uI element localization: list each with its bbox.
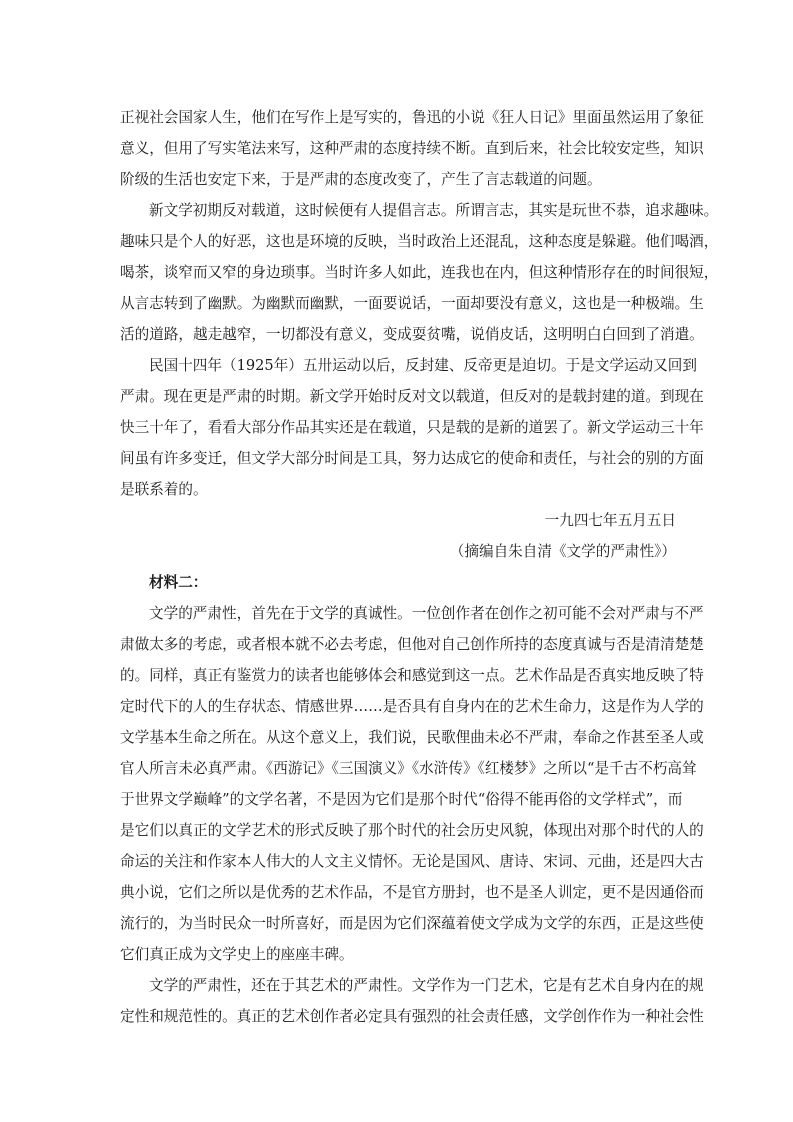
text-line: 间虽有许多变迁，但文学大部分时间是工具，努力达成它的使命和责任，与社会的别的方面 bbox=[120, 443, 676, 474]
text-line: 命运的关注和作家本人伟大的人文主义情怀。无论是国风、唐诗、宋词、元曲，还是四大古 bbox=[120, 846, 676, 877]
source-citation: （摘编自朱自清《文学的严肃性》） bbox=[120, 536, 676, 567]
paragraph: 民国十四年（1925年）五卅运动以后，反封建、反帝更是迫切。于是文学运动又回到 … bbox=[120, 350, 676, 505]
text-line: 是它们以真正的文学艺术的形式反映了那个时代的社会历史风貌，体现出对那个时代的人的 bbox=[120, 815, 676, 846]
text-line: 官人所言未必真严肃。《西游记》《三国演义》《水浒传》《红楼梦》之所以“是千古不朽… bbox=[120, 753, 676, 784]
text-line: 流行的，为当时民众一时所喜好，而是因为它们深蕴着使文学成为文学的东西，正是这些使 bbox=[120, 908, 676, 939]
text-line: 肃做太多的考虑，或者根本就不必去考虑，但他对自己创作所持的态度真诚与否是清清楚楚 bbox=[120, 629, 676, 660]
paragraph: 文学的严肃性，首先在于文学的真诚性。一位创作者在创作之初可能不会对严肃与不严 肃… bbox=[120, 598, 676, 970]
paragraph: 正视社会国家人生，他们在写作上是写实的，鲁迅的小说《狂人日记》里面虽然运用了象征… bbox=[120, 102, 676, 195]
text-line: 是联系着的。 bbox=[120, 474, 676, 505]
text-line: 定时代下的人的生存状态、情感世界……是否具有自身内在的艺术生命力，这是作为人学的 bbox=[120, 691, 676, 722]
text-line: 严肃。现在更是严肃的时期。新文学开始时反对文以载道，但反对的是载封建的道。到现在 bbox=[120, 381, 676, 412]
text-line: 意义，但用了写实笔法来写，这种严肃的态度持续不断。直到后来，社会比较安定些，知识 bbox=[120, 133, 676, 164]
text-line: 文学基本生命之所在。从这个意义上，我们说，民歌俚曲未必不严肃，奉命之作甚至圣人或 bbox=[120, 722, 676, 753]
text-line: 文学的严肃性，还在于其艺术的严肃性。文学作为一门艺术，它是有艺术自身内在的规 bbox=[120, 970, 676, 1001]
text-line: 正视社会国家人生，他们在写作上是写实的，鲁迅的小说《狂人日记》里面虽然运用了象征 bbox=[120, 102, 676, 133]
text-line: 从言志转到了幽默。为幽默而幽默，一面要说话，一面却要没有意义，这也是一种极端。生 bbox=[120, 288, 676, 319]
document-page: 正视社会国家人生，他们在写作上是写实的，鲁迅的小说《狂人日记》里面虽然运用了象征… bbox=[120, 102, 676, 1032]
text-line: 趣味只是个人的好恶，这也是环境的反映，当时政治上还混乱，这种态度是躲避。他们喝酒… bbox=[120, 226, 676, 257]
text-line: 新文学初期反对载道，这时候便有人提倡言志。所谓言志，其实是玩世不恭，追求趣味。 bbox=[120, 195, 676, 226]
text-line: 阶级的生活也安定下来，于是严肃的态度改变了，产生了言志载道的问题。 bbox=[120, 164, 676, 195]
section-heading: 材料二： bbox=[120, 567, 676, 598]
text-line: 文学的严肃性，首先在于文学的真诚性。一位创作者在创作之初可能不会对严肃与不严 bbox=[120, 598, 676, 629]
text-line: 的。同样，真正有鉴赏力的读者也能够体会和感觉到这一点。艺术作品是否真实地反映了特 bbox=[120, 660, 676, 691]
text-line: 它们真正成为文学史上的座座丰碑。 bbox=[120, 939, 676, 970]
text-line: 典小说，它们之所以是优秀的艺术作品，不是官方册封，也不是圣人训定，更不是因通俗而 bbox=[120, 877, 676, 908]
text-line: 活的道路，越走越窄，一切都没有意义，变成耍贫嘴，说俏皮话，这明明白白回到了消遣。 bbox=[120, 319, 676, 350]
text-line: 于世界文学巅峰”的文学名著，不是因为它们是那个时代“俗得不能再俗的文学样式”，而 bbox=[120, 784, 676, 815]
text-line: 快三十年了，看看大部分作品其实还是在载道，只是载的是新的道罢了。新文学运动三十年 bbox=[120, 412, 676, 443]
text-line: 民国十四年（1925年）五卅运动以后，反封建、反帝更是迫切。于是文学运动又回到 bbox=[120, 350, 676, 381]
paragraph: 新文学初期反对载道，这时候便有人提倡言志。所谓言志，其实是玩世不恭，追求趣味。 … bbox=[120, 195, 676, 350]
date-line: 一九四七年五月五日 bbox=[120, 505, 676, 536]
paragraph: 文学的严肃性，还在于其艺术的严肃性。文学作为一门艺术，它是有艺术自身内在的规 定… bbox=[120, 970, 676, 1032]
text-line: 定性和规范性的。真正的艺术创作者必定具有强烈的社会责任感，文学创作作为一种社会性 bbox=[120, 1001, 676, 1032]
text-line: 喝茶，谈窄而又窄的身边琐事。当时许多人如此，连我也在内，但这种情形存在的时间很短… bbox=[120, 257, 676, 288]
